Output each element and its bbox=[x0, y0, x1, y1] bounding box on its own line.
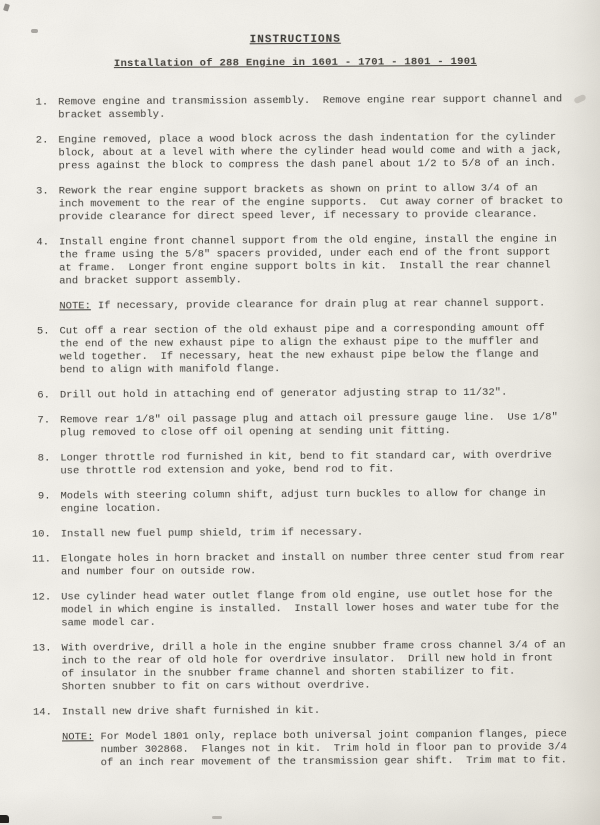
item-body: Elongate holes in horn bracket and insta… bbox=[61, 550, 566, 579]
item-number: 5. bbox=[29, 326, 49, 378]
item-body: Install new fuel pump shield, trim if ne… bbox=[61, 525, 566, 541]
scan-speck bbox=[573, 94, 586, 105]
instruction-item: 1. Remove engine and transmission assemb… bbox=[28, 93, 563, 122]
item-text: Install new drive shaft furnished in kit… bbox=[62, 703, 567, 719]
instruction-list: 1. Remove engine and transmission assemb… bbox=[28, 93, 567, 770]
instruction-item: 10. Install new fuel pump shield, trim i… bbox=[31, 525, 566, 541]
instruction-item: 14. Install new drive shaft furnished in… bbox=[32, 703, 567, 770]
item-number: 6. bbox=[30, 390, 50, 403]
scan-bottom-shading bbox=[0, 791, 600, 825]
item-text: Remove engine and transmission assembly.… bbox=[58, 93, 563, 122]
note-label: NOTE: bbox=[62, 731, 94, 770]
scan-speck bbox=[3, 3, 10, 11]
item-number: 11. bbox=[31, 554, 51, 580]
instruction-item: 8. Longer throttle rod furnished in kit,… bbox=[30, 449, 565, 478]
item-body: Use cylinder head water outlet flange fr… bbox=[61, 588, 566, 630]
item-body: Install new drive shaft furnished in kit… bbox=[62, 703, 567, 770]
item-text: Cut off a rear section of the old exhaus… bbox=[59, 322, 564, 377]
instruction-item: 6. Drill out hold in attaching end of ge… bbox=[30, 386, 565, 402]
item-number: 2. bbox=[28, 135, 48, 174]
item-number: 4. bbox=[29, 237, 49, 314]
item-body: With overdrive, drill a hole in the engi… bbox=[61, 639, 566, 694]
item-number: 8. bbox=[30, 453, 50, 479]
item-body: Remove engine and transmission assembly.… bbox=[58, 93, 563, 122]
scan-corner-mark bbox=[0, 815, 9, 823]
item-number: 9. bbox=[31, 491, 51, 517]
instruction-item: 12. Use cylinder head water outlet flang… bbox=[31, 588, 566, 630]
item-number: 7. bbox=[30, 415, 50, 441]
item-number: 10. bbox=[31, 529, 51, 542]
item-note: NOTE: If necessary, provide clearance fo… bbox=[59, 297, 564, 313]
instruction-item: 5. Cut off a rear section of the old exh… bbox=[29, 322, 564, 377]
note-text: For Model 1801 only, replace both univer… bbox=[100, 728, 567, 770]
scan-speck bbox=[31, 29, 38, 33]
item-text: Engine removed, place a wood block acros… bbox=[58, 131, 563, 173]
item-number: 3. bbox=[29, 186, 49, 225]
item-number: 12. bbox=[31, 592, 51, 631]
item-number: 14. bbox=[32, 707, 52, 771]
document-title: INSTRUCTIONS bbox=[28, 32, 563, 48]
item-text: Drill out hold in attaching end of gener… bbox=[60, 386, 565, 402]
note-label: NOTE: bbox=[59, 300, 91, 313]
instruction-item: 4. Install engine front channel support … bbox=[29, 233, 564, 313]
item-body: Longer throttle rod furnished in kit, be… bbox=[60, 449, 565, 478]
scan-speck bbox=[212, 816, 222, 819]
item-number: 13. bbox=[31, 643, 51, 695]
item-body: Rework the rear engine support brackets … bbox=[59, 182, 564, 224]
item-body: Cut off a rear section of the old exhaus… bbox=[59, 322, 564, 377]
document-subtitle: Installation of 288 Engine in 1601 - 170… bbox=[28, 55, 563, 71]
item-note: NOTE: For Model 1801 only, replace both … bbox=[62, 728, 567, 770]
item-text: Use cylinder head water outlet flange fr… bbox=[61, 588, 566, 630]
item-body: Engine removed, place a wood block acros… bbox=[58, 131, 563, 173]
item-body: Install engine front channel support fro… bbox=[59, 233, 564, 313]
instruction-item: 11. Elongate holes in horn bracket and i… bbox=[31, 550, 566, 579]
document-content: INSTRUCTIONS Installation of 288 Engine … bbox=[28, 32, 568, 782]
item-text: With overdrive, drill a hole in the engi… bbox=[61, 639, 566, 694]
item-text: Elongate holes in horn bracket and insta… bbox=[61, 550, 566, 579]
instruction-item: 13. With overdrive, drill a hole in the … bbox=[31, 639, 566, 694]
item-body: Models with steering column shift, adjus… bbox=[61, 487, 566, 516]
instruction-item: 2. Engine removed, place a wood block ac… bbox=[28, 131, 563, 173]
document-page: INSTRUCTIONS Installation of 288 Engine … bbox=[0, 0, 600, 825]
instruction-item: 3. Rework the rear engine support bracke… bbox=[29, 182, 564, 224]
item-text: Models with steering column shift, adjus… bbox=[61, 487, 566, 516]
instruction-item: 7. Remove rear 1/8" oil passage plug and… bbox=[30, 411, 565, 440]
item-text: Remove rear 1/8" oil passage plug and at… bbox=[60, 411, 565, 440]
instruction-item: 9. Models with steering column shift, ad… bbox=[31, 487, 566, 516]
note-text: If necessary, provide clearance for drai… bbox=[98, 297, 565, 313]
item-text: Install engine front channel support fro… bbox=[59, 233, 564, 288]
item-text: Longer throttle rod furnished in kit, be… bbox=[60, 449, 565, 478]
item-body: Remove rear 1/8" oil passage plug and at… bbox=[60, 411, 565, 440]
item-number: 1. bbox=[28, 97, 48, 123]
item-text: Rework the rear engine support brackets … bbox=[59, 182, 564, 224]
item-text: Install new fuel pump shield, trim if ne… bbox=[61, 525, 566, 541]
item-body: Drill out hold in attaching end of gener… bbox=[60, 386, 565, 402]
